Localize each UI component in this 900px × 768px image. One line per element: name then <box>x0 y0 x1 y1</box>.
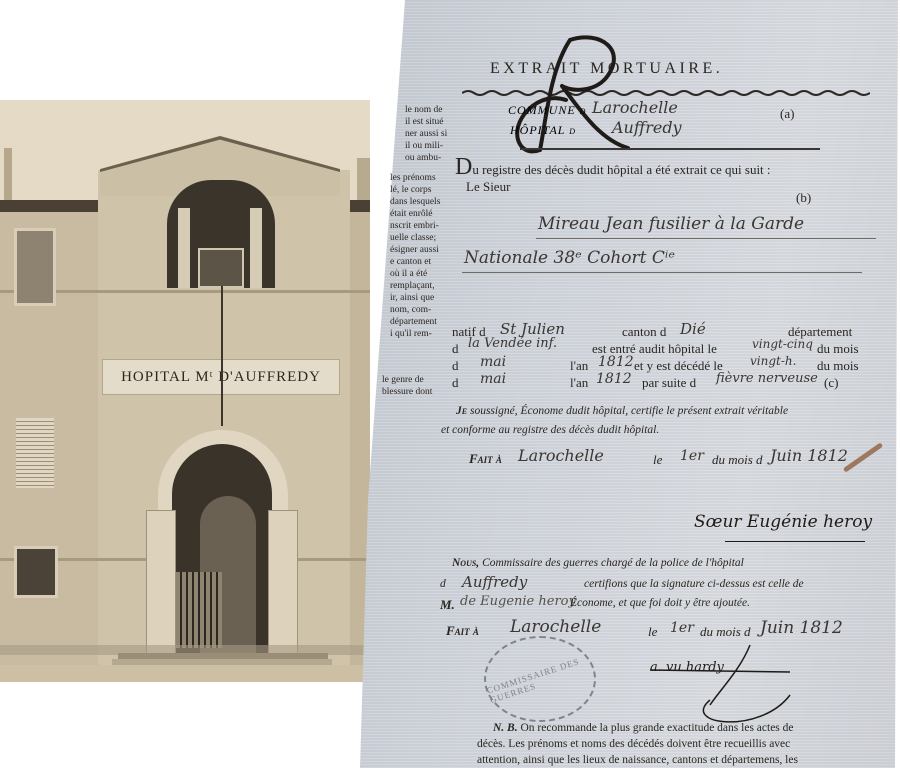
iron-gate <box>174 572 222 648</box>
du-mois-1: du mois <box>817 341 859 357</box>
entrance-column-right <box>268 510 298 655</box>
death-day: vingt-h. <box>750 354 796 368</box>
margin-text-bottom: le genre de blessure dont <box>382 374 432 398</box>
note-a: (a) <box>780 106 794 122</box>
margin-line: blessure dont <box>382 386 432 398</box>
deceased-name-line2: Nationale 38ᵉ Cohort Cⁱᵉ <box>464 248 675 268</box>
signature-flourish <box>640 640 820 730</box>
intro-text: u registre des décès dudit hôpital a été… <box>472 162 770 177</box>
an-label-2: l'an <box>570 375 588 391</box>
fait-le-2: le <box>648 624 657 640</box>
window-upper-left <box>14 228 56 306</box>
cause-of-death: fièvre nerveuse <box>716 371 818 386</box>
bell-rope <box>221 286 223 426</box>
margin-line: département <box>390 316 440 328</box>
official-stamp: COMMISSAIRE DES GUERRES <box>484 636 596 722</box>
window-lower-left <box>14 546 58 598</box>
fait-date-2: Juin 1812 <box>760 618 843 638</box>
margin-line: le nom de <box>405 104 447 116</box>
fait-mois-1: du mois d <box>712 452 763 468</box>
margin-line: uelle classe; <box>390 232 440 244</box>
dept-prefix: d <box>452 341 459 357</box>
belfry-column <box>250 208 262 288</box>
fait-date-1: Juin 1812 <box>770 446 848 465</box>
certify-line2: et conforme au registre des décès dudit … <box>441 424 659 436</box>
certify-text: soussigné, Économe dudit hôpital, certif… <box>470 405 788 417</box>
commune-label: COMMUNE d <box>508 103 586 118</box>
header-rule <box>520 148 820 150</box>
fait-place-2: Larochelle <box>510 617 601 637</box>
certifions-text: certifions que la signature ci-dessus es… <box>584 578 804 590</box>
street <box>0 665 370 682</box>
nous-line: Nous, Commissaire des guerres chargé de … <box>452 557 744 569</box>
belfry-column <box>178 208 190 288</box>
fill-line <box>462 272 862 273</box>
intro-sentence: Du registre des décès dudit hôpital a ét… <box>455 155 771 179</box>
margin-line: ou ambu- <box>405 152 447 164</box>
death-year: 1812 <box>596 371 632 387</box>
margin-line: nscrit embri- <box>390 220 440 232</box>
canton-value: Dié <box>680 320 706 338</box>
nous-d: d <box>440 578 446 590</box>
dept-value: la Vendée inf. <box>468 336 557 351</box>
m-label: M. <box>440 597 455 613</box>
entry-year: 1812 <box>598 354 634 370</box>
margin-line: les prénoms <box>390 172 440 184</box>
m-value: de Eugenie heroy <box>460 594 576 609</box>
canton-label: canton d <box>622 324 666 340</box>
nb-line1: N. B. On recommande la plus grande exact… <box>493 722 794 734</box>
nous-label: Nous, <box>452 557 479 569</box>
monogram-r-icon <box>510 30 630 162</box>
nb-label: N. B. <box>493 722 518 734</box>
margin-line: lé, le corps <box>390 184 440 196</box>
certify-je: Je <box>456 405 467 417</box>
certify-line1: Je soussigné, Économe dudit hôpital, cer… <box>456 405 788 417</box>
nb-text-1: On recommande la plus grande exactitude … <box>520 722 793 734</box>
decede-text: et y est décédé le <box>634 358 723 374</box>
margin-line: ir, ainsi que <box>390 292 440 304</box>
d-prefix-entry: d <box>452 358 459 374</box>
fait-day-2: 1er <box>670 620 694 636</box>
drop-cap: D <box>455 154 472 180</box>
shuttered-window <box>14 416 56 490</box>
econome-text: Économe, et que foi doit y être ajoutée. <box>570 597 750 609</box>
fait-le-1: le <box>653 452 662 468</box>
chimney-right <box>357 158 370 203</box>
hopital-value: Auffredy <box>612 118 682 137</box>
margin-line: ner aussi si <box>405 128 447 140</box>
par-suite-label: par suite d <box>642 375 696 391</box>
hospital-photograph: HOPITAL Mᵗ D'AUFFREDY <box>0 100 370 682</box>
note-b: (b) <box>796 190 811 206</box>
margin-line: remplaçant, <box>390 280 440 292</box>
entry-month: mai <box>480 354 506 370</box>
commune-value: Larochelle <box>592 98 678 117</box>
margin-line: i qu'il rem- <box>390 328 440 340</box>
nb-line2: décès. Les prénoms et noms des décédés d… <box>477 738 790 750</box>
an-label-1: l'an <box>570 358 588 374</box>
margin-line: où il a été <box>390 268 440 280</box>
entrance-column-left <box>146 510 176 655</box>
fait-label-1: Fait à <box>469 451 502 467</box>
nous-hopital: Auffredy <box>462 573 527 591</box>
chimney-left <box>4 148 12 203</box>
fait-place-1: Larochelle <box>518 446 604 465</box>
econome-signature: Sœur Eugénie heroy <box>694 512 872 532</box>
deceased-name-line1: Mireau Jean fusilier à la Garde <box>538 214 804 234</box>
margin-text-top: le nom de il est situé ner aussi si il o… <box>405 104 447 164</box>
death-month: mai <box>480 371 506 387</box>
margin-text-middle: les prénoms lé, le corps dans lesquels é… <box>390 172 440 340</box>
margin-line: il est situé <box>405 116 447 128</box>
margin-line: ésigner aussi <box>390 244 440 256</box>
d-prefix-death: d <box>452 375 459 391</box>
hopital-label: HÔPITAL d <box>510 123 576 138</box>
fill-line <box>536 238 876 239</box>
du-mois-2: du mois <box>817 358 859 374</box>
note-c: (c) <box>824 375 838 391</box>
entry-day: vingt-cinq <box>752 337 813 351</box>
nous-text: Commissaire des guerres chargé de la pol… <box>482 557 744 569</box>
margin-line: nom, com- <box>390 304 440 316</box>
sieur-label: Le Sieur <box>466 179 510 195</box>
margin-line: le genre de <box>382 374 432 386</box>
margin-line: était enrôlé <box>390 208 440 220</box>
fait-mois-2: du mois d <box>700 624 751 640</box>
margin-line: e canton et <box>390 256 440 268</box>
belfry-window <box>198 248 244 288</box>
fait-day-1: 1er <box>680 448 704 464</box>
nb-line3: attention, ainsi que les lieux de naissa… <box>477 754 798 766</box>
signature-underline <box>725 541 865 542</box>
margin-line: dans lesquels <box>390 196 440 208</box>
stamp-text: COMMISSAIRE DES GUERRES <box>486 653 595 705</box>
fait-label-2: Fait à <box>446 623 479 639</box>
margin-line: il ou mili- <box>405 140 447 152</box>
